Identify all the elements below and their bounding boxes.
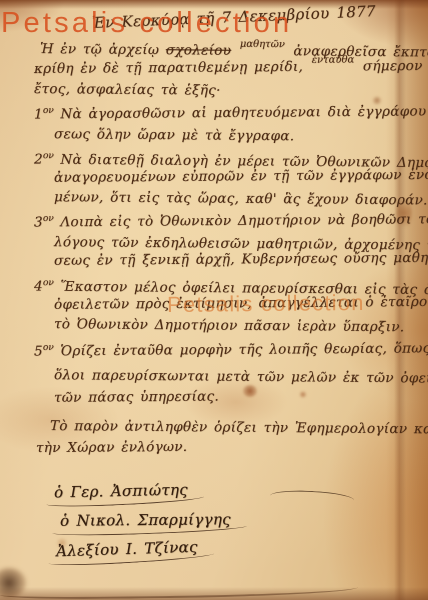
item-numeral-suffix: ον bbox=[43, 151, 54, 161]
handwritten-text: Ἐν Κερκύρᾳ τῇ 7 Δεκεμβρίου 1877 Ἡ ἐν τῷ … bbox=[34, 12, 424, 564]
manuscript-photo: Ἐν Κερκύρᾳ τῇ 7 Δεκεμβρίου 1877 Ἡ ἐν τῷ … bbox=[0, 0, 428, 600]
signature: Ἀλεξίου Ι. Τζίνας bbox=[56, 532, 198, 564]
list-item-2: 2ον Νὰ διατεθῇ διαλογὴ ἐν μέρει τῶν Ὀθων… bbox=[34, 147, 424, 208]
item-numeral: 2 bbox=[34, 151, 43, 167]
item-numeral: 3 bbox=[34, 214, 43, 230]
struck-word: σχολείου bbox=[166, 42, 231, 59]
paper-bottom-edge bbox=[0, 585, 358, 600]
date-line: Ἐν Κερκύρᾳ τῇ 7 Δεκεμβρίου 1877 bbox=[92, 0, 425, 33]
list-item-5: 5ον Ὁρίζει ἐνταῦθα μορφὴν τῆς λοιπῆς θεω… bbox=[34, 337, 424, 410]
item-numeral-suffix: ον bbox=[43, 343, 54, 353]
item-line: τῶν πάσας ὑπηρεσίας. bbox=[34, 383, 424, 409]
item-line: 1ον Νὰ ἀγορασθῶσιν αἱ μαθητευόμεναι διὰ … bbox=[34, 99, 424, 125]
item-text: Λοιπὰ εἰς τὸ Ὀθωνικὸν Δημοτήριον νὰ βοηθ… bbox=[60, 211, 428, 230]
item-line: ἀναγορευομένων εὐπορῶν ἐν τῇ τῶν ἐγγράφω… bbox=[34, 166, 424, 188]
signature: ὁ Νικολ. Σπαρμίγγης bbox=[60, 505, 231, 534]
item-numeral-suffix: ον bbox=[43, 214, 54, 224]
opening-text: κρίθη ἐν δὲ τῇ παρατιθεμένῃ μερίδι, bbox=[34, 59, 303, 77]
inserted-correction: μαθητῶν bbox=[240, 39, 285, 50]
item-numeral-suffix: ον bbox=[43, 106, 54, 116]
list-item-4: 4ον Ἕκαστον μέλος ὀφείλει παρευρίσκεσθαι… bbox=[34, 274, 424, 335]
closing-line-2: τὴν Χώραν ἐνλόγων. bbox=[50, 434, 424, 459]
document-page: Ἐν Κερκύρᾳ τῇ 7 Δεκεμβρίου 1877 Ἡ ἐν τῷ … bbox=[0, 0, 428, 600]
item-line: 3ον Λοιπὰ εἰς τὸ Ὀθωνικὸν Δημοτήριον νὰ … bbox=[34, 207, 424, 233]
item-line: σεως ἐν τῇ ξενικῇ ἀρχῇ, Κυβερνήσεως οὔση… bbox=[34, 248, 424, 270]
opening-line-2: κρίθη ἐν δὲ τῇ παρατιθεμένῃ μερίδι, ἐντα… bbox=[34, 57, 424, 80]
item-numeral: 4 bbox=[34, 278, 43, 294]
item-numeral: 5 bbox=[34, 343, 43, 359]
list-item-3: 3ον Λοιπὰ εἰς τὸ Ὀθωνικὸν Δημοτήριον νὰ … bbox=[34, 210, 424, 271]
opening-text: σήμερον δι' ἓν bbox=[363, 58, 428, 75]
signature: ὁ Γερ. Ἀσπιώτης bbox=[54, 475, 188, 506]
item-text: Νὰ ἀγορασθῶσιν αἱ μαθητευόμεναι διὰ ἐγγρ… bbox=[60, 103, 428, 122]
item-text: Ὁρίζει ἐνταῦθα μορφὴν τῆς λοιπῆς θεωρίας… bbox=[60, 340, 428, 359]
item-numeral: 1 bbox=[34, 106, 43, 122]
item-line: ὀφειλετῶν πρὸς ἐκτίμησιν, ἀπαγγέλλεται ὁ… bbox=[34, 293, 424, 315]
opening-paragraph: Ἡ ἐν τῷ ἀρχείῳ σχολείου μαθητῶν ἀναφερθε… bbox=[34, 40, 424, 99]
item-numeral-suffix: ον bbox=[43, 278, 54, 288]
inserted-correction: ἐνταῦθα bbox=[312, 54, 355, 65]
item-line: σεως ὅλην ὥραν μὲ τὰ ἔγγραφα. bbox=[34, 125, 424, 147]
item-line: 5ον Ὁρίζει ἐνταῦθα μορφὴν τῆς λοιπῆς θεω… bbox=[34, 334, 424, 364]
list-item-1: 1ον Νὰ ἀγορασθῶσιν αἱ μαθητευόμεναι διὰ … bbox=[34, 102, 424, 144]
pen-flourish bbox=[270, 488, 355, 506]
opening-text: Ἡ ἐν τῷ ἀρχείῳ bbox=[40, 41, 159, 58]
closing-paragraph: Τὸ παρὸν ἀντιληφθὲν ὁρίζει τὴν Ἐφημερολο… bbox=[34, 415, 424, 459]
signature-block: ὁ Γερ. Ἀσπιώτης ὁ Νικολ. Σπαρμίγγης Ἀλεξ… bbox=[54, 477, 424, 563]
